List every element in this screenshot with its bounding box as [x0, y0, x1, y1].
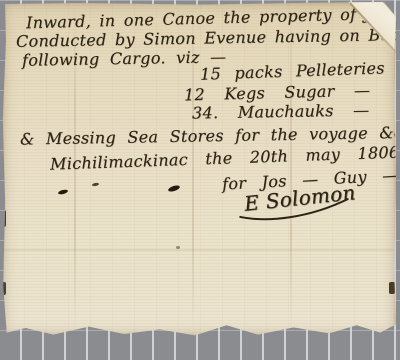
ink-blot [168, 184, 181, 192]
horizontal-crease [2, 249, 396, 251]
manuscript-line-following-cargo: following Cargo. viz — [22, 47, 227, 70]
photograph-of-manuscript: Inward, in one Canoe the property of Jos… [0, 0, 400, 360]
ink-blot [58, 189, 69, 195]
edge-blemish [389, 282, 395, 294]
cargo-item-mauchauks: 34. Mauchauks — [192, 100, 370, 122]
manuscript-paper: Inward, in one Canoe the property of Jos… [2, 2, 396, 336]
ink-speck [176, 246, 180, 249]
edge-blemish [2, 36, 5, 45]
vertical-crease [290, 2, 292, 336]
ink-blot [92, 182, 99, 186]
edge-blemish [2, 282, 6, 295]
signature-flourish [238, 194, 353, 224]
edge-blemish [2, 210, 6, 227]
